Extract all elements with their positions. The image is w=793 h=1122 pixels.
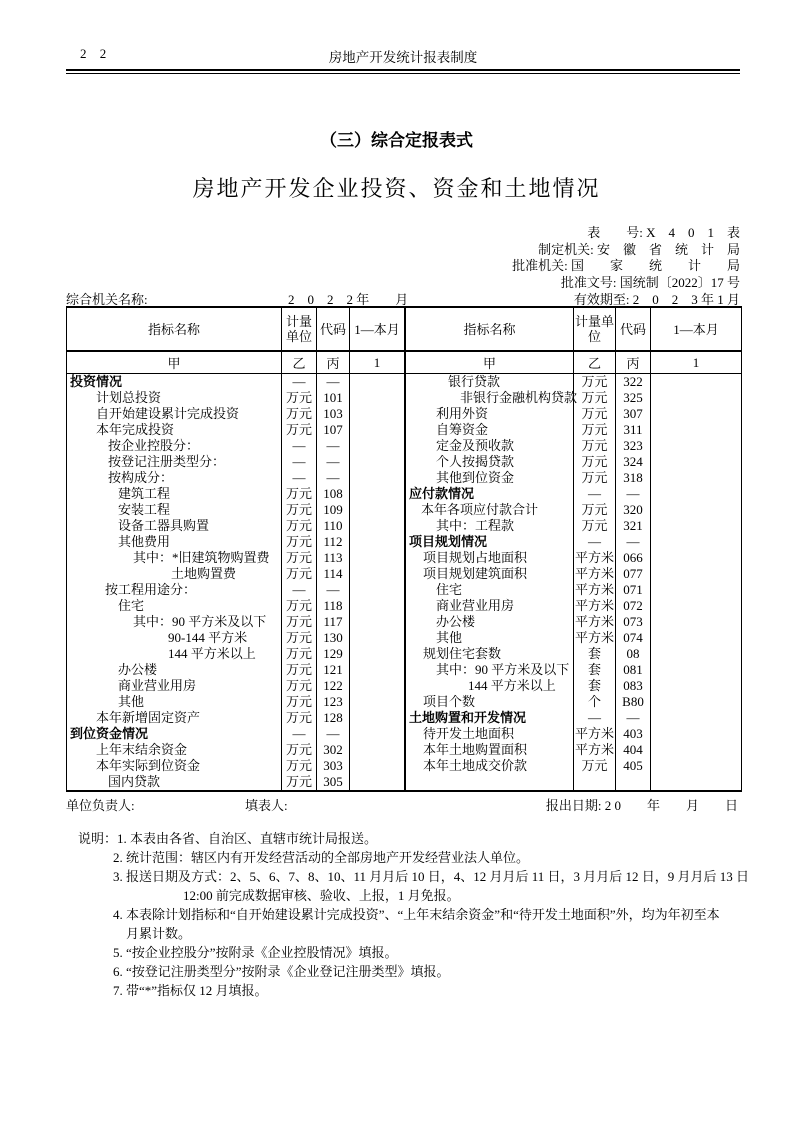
subheader-bing: 丙 — [317, 352, 350, 373]
indicator-name: 办公楼 — [406, 614, 574, 630]
code-cell: 072 — [616, 598, 651, 614]
indicator-name: 国内贷款 — [67, 774, 282, 790]
code-cell: 404 — [616, 742, 651, 758]
indicator-name: 本年土地成交价款 — [406, 758, 574, 774]
table-row: 其他万元123 — [67, 694, 404, 710]
note-line: 12:00 前完成数据审核、验收、上报，1 月免报。 — [126, 886, 749, 905]
note-text: 统计范围：辖区内有开发经营活动的全部房地产开发经营业法人单位。 — [126, 848, 740, 867]
form-meta-block: 表 号: X 4 0 1 表制定机关: 安 徽 省 统 计 局批准机关: 国 家… — [400, 225, 740, 291]
code-cell: 130 — [317, 630, 350, 646]
notes-spacer — [78, 867, 113, 905]
indicator-name: 其他费用 — [67, 534, 282, 550]
note-item: 7.带“*”指标仅 12 月填报。 — [78, 981, 740, 1000]
value-cell — [350, 774, 404, 790]
code-cell: 325 — [616, 390, 651, 406]
table-row: 按企业控股分：—— — [67, 438, 404, 454]
indicator-name: 自筹资金 — [406, 422, 574, 438]
code-cell: 114 — [317, 566, 350, 582]
note-number: 2. — [113, 848, 126, 867]
table-row: 本年完成投资万元107 — [67, 422, 404, 438]
indicator-name: 到位资金情况 — [67, 726, 282, 742]
unit-cell: 个 — [574, 694, 616, 710]
code-cell: 112 — [317, 534, 350, 550]
note-line: 本表由各省、自治区、直辖市统计局报送。 — [130, 829, 740, 848]
code-cell: 071 — [616, 582, 651, 598]
unit-cell: 套 — [574, 678, 616, 694]
value-cell — [350, 390, 404, 406]
value-cell — [350, 662, 404, 678]
value-cell — [651, 710, 741, 726]
value-cell — [350, 374, 404, 390]
code-cell: — — [317, 470, 350, 486]
table-row: 144 平方米以上万元129 — [67, 646, 404, 662]
table-row: 其他到位资金万元318 — [406, 470, 741, 486]
table-row: 自筹资金万元311 — [406, 422, 741, 438]
value-cell — [350, 694, 404, 710]
table-row: 本年土地购置面积平方米404 — [406, 742, 741, 758]
code-cell: 323 — [616, 438, 651, 454]
table-row: 按登记注册类型分：—— — [67, 454, 404, 470]
table-row: 其中：90 平方米及以下套081 — [406, 662, 741, 678]
column-header-indicator: 指标名称 — [406, 308, 574, 350]
code-cell: 321 — [616, 518, 651, 534]
code-cell: — — [616, 534, 651, 550]
value-cell — [651, 502, 741, 518]
note-line: 统计范围：辖区内有开发经营活动的全部房地产开发经营业法人单位。 — [126, 848, 740, 867]
value-cell — [350, 742, 404, 758]
code-cell: 121 — [317, 662, 350, 678]
unit-cell: 套 — [574, 646, 616, 662]
value-cell — [651, 678, 741, 694]
code-cell: 322 — [616, 374, 651, 390]
code-cell: 403 — [616, 726, 651, 742]
code-cell: 129 — [317, 646, 350, 662]
indicator-name: 其中：90 平方米及以下 — [67, 614, 282, 630]
unit-cell: 万元 — [282, 550, 317, 566]
note-line: 月累计数。 — [126, 924, 740, 943]
value-cell — [651, 374, 741, 390]
table-row: 项目规划占地面积平方米066 — [406, 550, 741, 566]
table-subheader-row: 甲 乙 丙 1 — [406, 352, 741, 374]
code-cell: B80 — [616, 694, 651, 710]
indicator-name: 安装工程 — [67, 502, 282, 518]
table-row: 建筑工程万元108 — [67, 486, 404, 502]
indicator-name: 144 平方米以上 — [406, 678, 574, 694]
unit-cell: — — [282, 374, 317, 390]
unit-cell: 平方米 — [574, 630, 616, 646]
code-cell: 305 — [317, 774, 350, 790]
note-text: 本表除计划指标和“自开始建设累计完成投资”、“上年末结余资金”和“待开发土地面积… — [126, 905, 740, 943]
indicator-name: 其他 — [406, 630, 574, 646]
code-cell: 073 — [616, 614, 651, 630]
value-cell — [651, 470, 741, 486]
value-cell — [350, 758, 404, 774]
value-cell — [350, 726, 404, 742]
indicator-name: 按企业控股分： — [67, 438, 282, 454]
table-row: 到位资金情况—— — [67, 726, 404, 742]
note-line: “按登记注册类型分”按附录《企业登记注册类型》填报。 — [126, 962, 740, 981]
table-row: 按工程用途分：—— — [67, 582, 404, 598]
subheader-1: 1 — [350, 352, 404, 373]
indicator-name: 银行贷款 — [406, 374, 574, 390]
value-cell — [651, 518, 741, 534]
table-row: 办公楼万元121 — [67, 662, 404, 678]
value-cell — [350, 566, 404, 582]
subheader-1: 1 — [651, 352, 741, 373]
value-cell — [350, 454, 404, 470]
unit-cell: — — [282, 726, 317, 742]
table-row: 按构成分：—— — [67, 470, 404, 486]
note-number: 5. — [113, 943, 126, 962]
document-page: 2 2 房地产开发统计报表制度 （三）综合定报表式 房地产开发企业投资、资金和土… — [0, 0, 793, 1122]
table-row: 其中：*旧建筑物购置费万元113 — [67, 550, 404, 566]
value-cell — [651, 486, 741, 502]
value-cell — [651, 582, 741, 598]
code-cell: — — [616, 486, 651, 502]
indicator-name: 定金及预收款 — [406, 438, 574, 454]
indicator-name: 上年末结余资金 — [67, 742, 282, 758]
unit-cell: 平方米 — [574, 566, 616, 582]
value-cell — [651, 438, 741, 454]
value-cell — [350, 678, 404, 694]
table-row: 其他平方米074 — [406, 630, 741, 646]
table-row: 项目规划建筑面积平方米077 — [406, 566, 741, 582]
code-cell: 066 — [616, 550, 651, 566]
notes-spacer — [78, 962, 113, 981]
value-cell — [651, 550, 741, 566]
note-item: 6.“按登记注册类型分”按附录《企业登记注册类型》填报。 — [78, 962, 740, 981]
indicator-name: 其他到位资金 — [406, 470, 574, 486]
form-meta-line: 制定机关: 安 徽 省 统 计 局 — [400, 242, 740, 259]
value-cell — [350, 614, 404, 630]
table-row: 规划住宅套数套08 — [406, 646, 741, 662]
code-cell: — — [317, 582, 350, 598]
indicator-name: 规划住宅套数 — [406, 646, 574, 662]
code-cell: 405 — [616, 758, 651, 774]
note-text: “按登记注册类型分”按附录《企业登记注册类型》填报。 — [126, 962, 740, 981]
value-cell — [651, 422, 741, 438]
unit-cell: 套 — [574, 662, 616, 678]
indicator-name: 应付款情况 — [406, 486, 574, 502]
value-cell — [651, 406, 741, 422]
column-header-value: 1—本月 — [350, 308, 404, 350]
table-row: 土地购置和开发情况—— — [406, 710, 741, 726]
unit-cell — [574, 774, 616, 790]
table-row: 个人按揭贷款万元324 — [406, 454, 741, 470]
unit-cell: 万元 — [282, 566, 317, 582]
table-row: 项目个数个B80 — [406, 694, 741, 710]
unit-cell: 万元 — [282, 646, 317, 662]
code-cell: 118 — [317, 598, 350, 614]
form-title: 房地产开发企业投资、资金和土地情况 — [0, 172, 793, 203]
notes-spacer — [78, 905, 113, 943]
code-cell: 318 — [616, 470, 651, 486]
code-cell: 077 — [616, 566, 651, 582]
indicator-name: 设备工器具购置 — [67, 518, 282, 534]
indicator-name: 建筑工程 — [67, 486, 282, 502]
unit-cell: 万元 — [574, 502, 616, 518]
value-cell — [651, 390, 741, 406]
unit-cell: 平方米 — [574, 582, 616, 598]
table-row: 其中：90 平方米及以下万元117 — [67, 614, 404, 630]
value-cell — [651, 630, 741, 646]
note-line: 本表除计划指标和“自开始建设累计完成投资”、“上年末结余资金”和“待开发土地面积… — [126, 905, 740, 924]
note-item: 5.“按企业控股分”按附录《企业控股情况》填报。 — [78, 943, 740, 962]
code-cell: 302 — [317, 742, 350, 758]
value-cell — [350, 518, 404, 534]
table-row: 其中：工程款万元321 — [406, 518, 741, 534]
table-row: 144 平方米以上套083 — [406, 678, 741, 694]
value-cell — [651, 758, 741, 774]
header-rule-thick — [66, 69, 740, 71]
note-line: 报送日期及方式：2、5、6、7、8、10、11 月月后 10 日，4、12 月月… — [126, 867, 749, 886]
code-cell: — — [317, 726, 350, 742]
indicator-name: 本年实际到位资金 — [67, 758, 282, 774]
note-text: 带“*”指标仅 12 月填报。 — [126, 981, 740, 1000]
subheader-yi: 乙 — [282, 352, 317, 373]
indicator-name: 个人按揭贷款 — [406, 454, 574, 470]
code-cell: 122 — [317, 678, 350, 694]
indicator-name: 其他 — [67, 694, 282, 710]
value-cell — [651, 646, 741, 662]
unit-cell: 万元 — [282, 758, 317, 774]
unit-cell: 万元 — [282, 678, 317, 694]
unit-cell: 万元 — [282, 486, 317, 502]
column-header-unit: 计量单位 — [574, 308, 616, 350]
table-right-half: 指标名称 计量单位 代码 1—本月 甲 乙 丙 1 银行贷款万元322非银行金融… — [406, 308, 741, 790]
note-text: “按企业控股分”按附录《企业控股情况》填报。 — [126, 943, 740, 962]
indicator-name: 项目个数 — [406, 694, 574, 710]
value-cell — [350, 550, 404, 566]
indicator-name: 投资情况 — [67, 374, 282, 390]
code-cell: 113 — [317, 550, 350, 566]
table-header-row: 指标名称 计量单位 代码 1—本月 — [406, 308, 741, 352]
unit-cell: 平方米 — [574, 598, 616, 614]
table-header-row: 指标名称 计量单位 代码 1—本月 — [67, 308, 404, 352]
value-cell — [651, 726, 741, 742]
indicator-name: 土地购置费 — [67, 566, 282, 582]
table-row: 银行贷款万元322 — [406, 374, 741, 390]
form-meta-line: 表 号: X 4 0 1 表 — [400, 225, 740, 242]
indicator-name: 非银行金融机构贷款 — [406, 390, 574, 406]
note-item: 说明：1.本表由各省、自治区、直辖市统计局报送。 — [78, 829, 740, 848]
note-number: 3. — [113, 867, 126, 905]
value-cell — [651, 694, 741, 710]
column-header-code: 代码 — [616, 308, 651, 350]
unit-cell: 万元 — [282, 710, 317, 726]
value-cell — [350, 598, 404, 614]
notes-spacer — [78, 848, 113, 867]
table-row: 投资情况—— — [67, 374, 404, 390]
code-cell: — — [616, 710, 651, 726]
table-row: 90-144 平方米万元130 — [67, 630, 404, 646]
unit-cell: 万元 — [574, 374, 616, 390]
code-cell: — — [317, 454, 350, 470]
table-row: 定金及预收款万元323 — [406, 438, 741, 454]
indicator-name: 其中：工程款 — [406, 518, 574, 534]
column-header-indicator: 指标名称 — [67, 308, 282, 350]
value-cell — [651, 598, 741, 614]
indicator-name: 按登记注册类型分： — [67, 454, 282, 470]
code-cell — [616, 774, 651, 790]
value-cell — [350, 486, 404, 502]
table-row: 应付款情况—— — [406, 486, 741, 502]
unit-cell: 万元 — [574, 758, 616, 774]
indicator-name: 其中：*旧建筑物购置费 — [67, 550, 282, 566]
code-cell: — — [317, 438, 350, 454]
notes-label: 说明： — [78, 829, 117, 848]
code-cell: 311 — [616, 422, 651, 438]
value-cell — [350, 406, 404, 422]
unit-cell: 万元 — [574, 422, 616, 438]
unit-cell: 平方米 — [574, 742, 616, 758]
indicator-name: 按构成分： — [67, 470, 282, 486]
note-line: “按企业控股分”按附录《企业控股情况》填报。 — [126, 943, 740, 962]
header-rule-thin — [66, 73, 740, 74]
subheader-jia: 甲 — [67, 352, 282, 373]
table-row: 住宅平方米071 — [406, 582, 741, 598]
table-row: 项目规划情况—— — [406, 534, 741, 550]
code-cell: 128 — [317, 710, 350, 726]
unit-cell: 万元 — [282, 742, 317, 758]
code-cell: 107 — [317, 422, 350, 438]
indicator-name: 项目规划建筑面积 — [406, 566, 574, 582]
code-cell: 307 — [616, 406, 651, 422]
unit-cell: — — [282, 582, 317, 598]
subheader-jia: 甲 — [406, 352, 574, 373]
indicator-name: 90-144 平方米 — [67, 630, 282, 646]
page-header: 2 2 房地产开发统计报表制度 — [66, 46, 740, 66]
indicator-name: 本年新增固定资产 — [67, 710, 282, 726]
code-cell: 109 — [317, 502, 350, 518]
indicator-name: 商业营业用房 — [406, 598, 574, 614]
indicator-name: 项目规划情况 — [406, 534, 574, 550]
indicator-name: 办公楼 — [67, 662, 282, 678]
note-number: 1. — [117, 829, 130, 848]
subheader-bing: 丙 — [616, 352, 651, 373]
indicator-name: 项目规划占地面积 — [406, 550, 574, 566]
table-row: 本年新增固定资产万元128 — [67, 710, 404, 726]
value-cell — [651, 454, 741, 470]
table-row: 土地购置费万元114 — [67, 566, 404, 582]
value-cell — [350, 438, 404, 454]
note-item: 3.报送日期及方式：2、5、6、7、8、10、11 月月后 10 日，4、12 … — [78, 867, 740, 905]
note-line: 带“*”指标仅 12 月填报。 — [126, 981, 740, 1000]
value-cell — [350, 534, 404, 550]
column-header-code: 代码 — [317, 308, 350, 350]
value-cell — [350, 582, 404, 598]
value-cell — [350, 470, 404, 486]
section-title: （三）综合定报表式 — [0, 126, 793, 151]
unit-cell: — — [282, 454, 317, 470]
code-cell: 083 — [616, 678, 651, 694]
column-header-unit: 计量单位 — [282, 308, 317, 350]
note-item: 2.统计范围：辖区内有开发经营活动的全部房地产开发经营业法人单位。 — [78, 848, 740, 867]
unit-cell: — — [574, 486, 616, 502]
value-cell — [651, 534, 741, 550]
code-cell: 123 — [317, 694, 350, 710]
value-cell — [350, 502, 404, 518]
indicator-name: 待开发土地面积 — [406, 726, 574, 742]
value-cell — [651, 662, 741, 678]
table-row: 本年土地成交价款万元405 — [406, 758, 741, 774]
indicator-name: 土地购置和开发情况 — [406, 710, 574, 726]
indicator-name: 本年各项应付款合计 — [406, 502, 574, 518]
table-left-half: 指标名称 计量单位 代码 1—本月 甲 乙 丙 1 投资情况——计划总投资万元1… — [67, 308, 406, 790]
code-cell: — — [317, 374, 350, 390]
note-number: 4. — [113, 905, 126, 943]
code-cell: 074 — [616, 630, 651, 646]
value-cell — [350, 710, 404, 726]
code-cell: 110 — [317, 518, 350, 534]
code-cell: 103 — [317, 406, 350, 422]
unit-cell: 平方米 — [574, 726, 616, 742]
indicator-name: 按工程用途分： — [67, 582, 282, 598]
table-row: 国内贷款万元305 — [67, 774, 404, 790]
org-row: 综合机关名称: 2 0 2 2 年 月 有效期至: 2 0 2 3 年 1 月 — [66, 289, 740, 305]
signature-row: 单位负责人: 填表人: 报出日期: 2 0 年 月 日 — [66, 795, 740, 811]
table-row: 安装工程万元109 — [67, 502, 404, 518]
indicator-name: 利用外资 — [406, 406, 574, 422]
table-row: 本年各项应付款合计万元320 — [406, 502, 741, 518]
value-cell — [350, 646, 404, 662]
running-head-title: 房地产开发统计报表制度 — [66, 46, 740, 66]
unit-cell: 万元 — [282, 390, 317, 406]
unit-cell: 万元 — [282, 774, 317, 790]
unit-cell: — — [282, 438, 317, 454]
table-left-body: 投资情况——计划总投资万元101自开始建设累计完成投资万元103本年完成投资万元… — [67, 374, 404, 790]
indicator-name: 其中：90 平方米及以下 — [406, 662, 574, 678]
unit-cell: 万元 — [282, 518, 317, 534]
table-row: 商业营业用房平方米072 — [406, 598, 741, 614]
indicator-table: 指标名称 计量单位 代码 1—本月 甲 乙 丙 1 投资情况——计划总投资万元1… — [66, 306, 742, 792]
unit-cell: 万元 — [282, 630, 317, 646]
unit-cell: 万元 — [574, 454, 616, 470]
code-cell: 08 — [616, 646, 651, 662]
value-cell — [651, 614, 741, 630]
table-row: 其他费用万元112 — [67, 534, 404, 550]
notes-spacer — [78, 981, 113, 1000]
code-cell: 101 — [317, 390, 350, 406]
table-row: 上年末结余资金万元302 — [67, 742, 404, 758]
table-subheader-row: 甲 乙 丙 1 — [67, 352, 404, 374]
unit-cell: 万元 — [282, 614, 317, 630]
indicator-name: 住宅 — [406, 582, 574, 598]
unit-cell: 万元 — [282, 422, 317, 438]
indicator-name: 住宅 — [67, 598, 282, 614]
note-text: 报送日期及方式：2、5、6、7、8、10、11 月月后 10 日，4、12 月月… — [126, 867, 749, 905]
unit-responsible-label: 单位负责人: — [66, 795, 135, 814]
value-cell — [651, 566, 741, 582]
unit-cell: — — [282, 470, 317, 486]
unit-cell: 万元 — [574, 390, 616, 406]
unit-cell: — — [574, 534, 616, 550]
form-meta-line: 批准机关: 国 家 统 计 局 — [400, 258, 740, 275]
unit-cell: 万元 — [282, 502, 317, 518]
unit-cell: 万元 — [574, 470, 616, 486]
indicator-name: 自开始建设累计完成投资 — [67, 406, 282, 422]
code-cell: 117 — [317, 614, 350, 630]
value-cell — [350, 630, 404, 646]
table-row: 本年实际到位资金万元303 — [67, 758, 404, 774]
unit-cell: 万元 — [574, 518, 616, 534]
indicator-name: 商业营业用房 — [67, 678, 282, 694]
table-row: 设备工器具购置万元110 — [67, 518, 404, 534]
unit-cell: 平方米 — [574, 614, 616, 630]
report-date-label: 报出日期: 2 0 年 月 日 — [546, 795, 738, 814]
notes-spacer — [78, 943, 113, 962]
table-row: 非银行金融机构贷款万元325 — [406, 390, 741, 406]
